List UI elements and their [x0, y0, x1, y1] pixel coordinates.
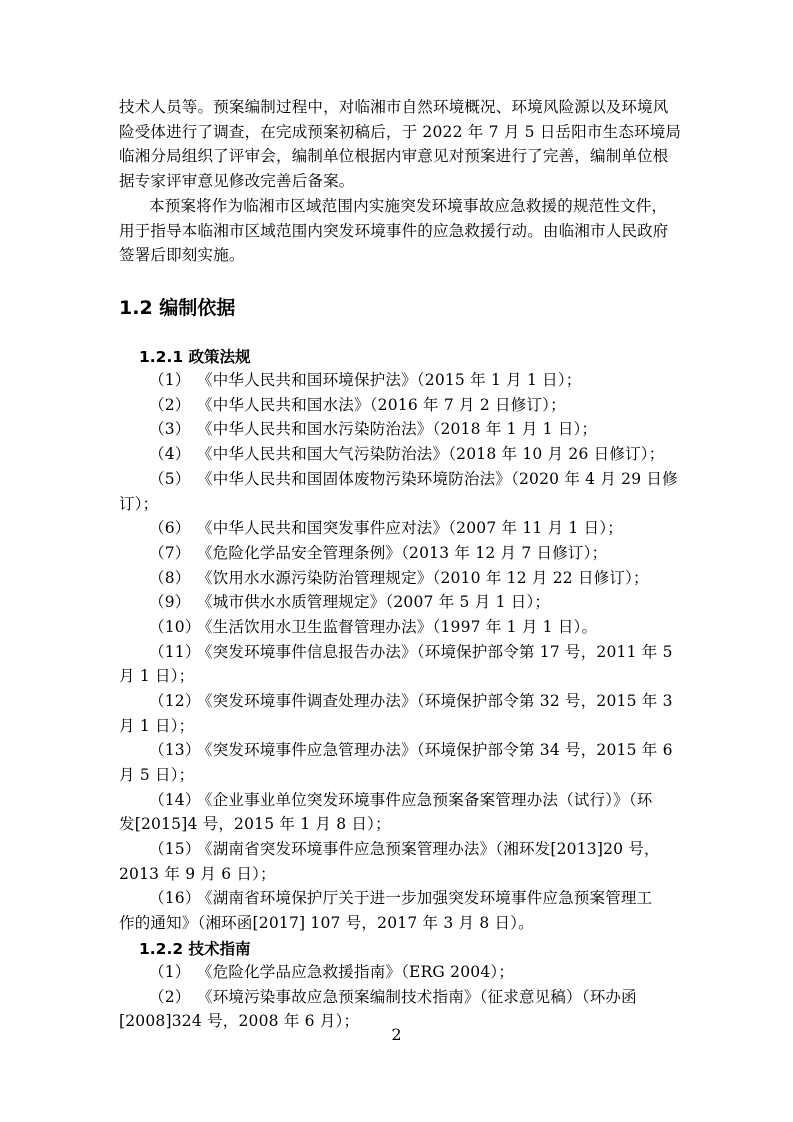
list-item: （2）《环境污染事故应急预案编制技术指南》（征求意见稿）（环办函	[149, 987, 709, 1007]
list-item: （13）《突发环境事件应急管理办法》（环境保护部令第 34 号，2015 年 6	[149, 740, 709, 760]
list-item: （15）《湖南省突发环境事件应急预案管理办法》（湘环发[2013]20 号，	[149, 839, 709, 859]
subsection-heading: 1.2.2 技术指南	[139, 937, 251, 959]
list-item: （2）《中华人民共和国水法》（2016 年 7 月 2 日修订）；	[149, 395, 709, 415]
intro-line: 临湘分局组织了评审会，编制单位根据内审意见对预案进行了完善，编制单位根	[119, 146, 679, 166]
list-item-continuation: 月 1 日）；	[119, 666, 679, 686]
list-item: （6）《中华人民共和国突发事件应对法》（2007 年 11 月 1 日）；	[149, 518, 709, 538]
intro-line: 本预案将作为临湘市区域范围内实施突发环境事故应急救援的规范性文件，	[149, 196, 709, 216]
list-item: （1）《中华人民共和国环境保护法》（2015 年 1 月 1 日）；	[149, 370, 709, 390]
page-number: 2	[0, 1025, 793, 1044]
list-item: （10）《生活饮用水卫生监督管理办法》（1997 年 1 月 1 日）。	[149, 617, 709, 637]
list-item-continuation: 月 5 日）；	[119, 765, 679, 785]
list-item: （7）《危险化学品安全管理条例》（2013 年 12 月 7 日修订）；	[149, 543, 709, 563]
intro-line: 据专家评审意见修改完善后备案。	[119, 171, 679, 191]
list-item: （11）《突发环境事件信息报告办法》（环境保护部令第 17 号，2011 年 5	[149, 642, 709, 662]
list-item: （5）《中华人民共和国固体废物污染环境防治法》（2020 年 4 月 29 日修	[149, 469, 709, 489]
intro-line: 险受体进行了调查，在完成预案初稿后，于 2022 年 7 月 5 日岳阳市生态环…	[119, 122, 679, 142]
list-item: （8）《饮用水水源污染防治管理规定》（2010 年 12 月 22 日修订）；	[149, 568, 709, 588]
list-item-continuation: 订）；	[119, 494, 679, 514]
list-item-continuation: 2013 年 9 月 6 日）；	[119, 864, 679, 884]
subsection-heading: 1.2.1 政策法规	[139, 345, 251, 367]
intro-line: 技术人员等。预案编制过程中，对临湘市自然环境概况、环境风险源以及环境风	[119, 97, 679, 117]
document-page: 技术人员等。预案编制过程中，对临湘市自然环境概况、环境风险源以及环境风 险受体进…	[0, 0, 793, 1122]
intro-line: 用于指导本临湘市区域范围内突发环境事件的应急救援行动。由临湘市人民政府	[119, 221, 679, 241]
intro-line: 签署后即刻实施。	[119, 245, 679, 265]
list-item: （12）《突发环境事件调查处理办法》（环境保护部令第 32 号，2015 年 3	[149, 691, 709, 711]
list-item: （9）《城市供水水质管理规定》（2007 年 5 月 1 日）；	[149, 592, 709, 612]
list-item: （14）《企业事业单位突发环境事件应急预案备案管理办法（试行）》（环	[149, 790, 709, 810]
list-item-continuation: 作的通知》（湘环函[2017] 107 号，2017 年 3 月 8 日）。	[119, 913, 679, 933]
list-item: （4）《中华人民共和国大气污染防治法》（2018 年 10 月 26 日修订）；	[149, 444, 709, 464]
section-heading: 1.2 编制依据	[119, 293, 235, 320]
list-item-continuation: 月 1 日）；	[119, 716, 679, 736]
list-item-continuation: 发[2015]4 号，2015 年 1 月 8 日）；	[119, 814, 679, 834]
list-item: （16）《湖南省环境保护厅关于进一步加强突发环境事件应急预案管理工	[149, 888, 709, 908]
list-item: （1）《危险化学品应急救援指南》（ERG 2004）；	[149, 962, 709, 982]
list-item: （3）《中华人民共和国水污染防治法》（2018 年 1 月 1 日）；	[149, 419, 709, 439]
